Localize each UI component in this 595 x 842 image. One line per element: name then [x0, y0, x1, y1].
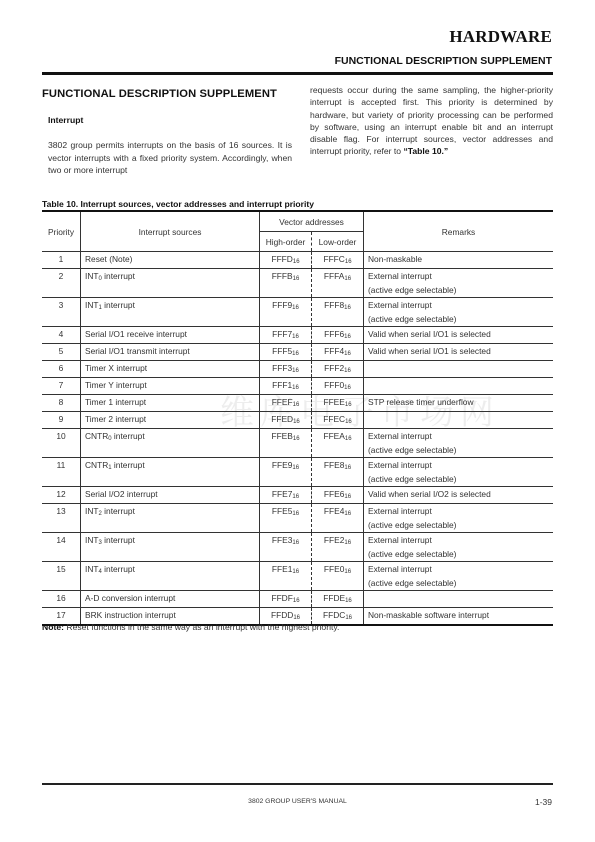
cell-priority: 15: [42, 562, 81, 591]
radix-subscript: 16: [344, 334, 351, 340]
radix-subscript: 16: [293, 598, 300, 604]
source-name: INT: [85, 506, 99, 516]
cell-remarks: [364, 378, 554, 395]
table-body: 1Reset (Note)FFFD16FFFC16Non-maskable2IN…: [42, 252, 553, 626]
table-row: 3INT1 interruptFFF916FFF816External inte…: [42, 298, 553, 327]
address-value: FFE6: [324, 489, 344, 499]
table-caption: Table 10. Interrupt sources, vector addr…: [42, 199, 314, 209]
address-value: FFFD: [271, 254, 292, 264]
remark-line: (active edge selectable): [368, 312, 549, 326]
radix-subscript: 16: [344, 276, 351, 282]
address-value: FFEC: [323, 414, 345, 424]
cell-vector-low: FFF216: [312, 361, 364, 378]
radix-subscript: 16: [292, 511, 299, 517]
remark-line: (active edge selectable): [368, 283, 549, 297]
radix-subscript: 16: [292, 465, 299, 471]
cell-interrupt-source: Timer X interrupt: [81, 361, 260, 378]
radix-subscript: 16: [293, 259, 300, 265]
source-subscript: 0: [108, 436, 111, 442]
cell-priority: 14: [42, 533, 81, 562]
source-name: A-D conversion interrupt: [85, 593, 175, 603]
cell-remarks: External interrupt(active edge selectabl…: [364, 533, 554, 562]
source-subscript: 1: [108, 465, 111, 471]
radix-subscript: 16: [344, 368, 351, 374]
table-row: 4Serial I/O1 receive interruptFFF716FFF6…: [42, 327, 553, 344]
radix-subscript: 16: [292, 305, 299, 311]
cell-priority: 3: [42, 298, 81, 327]
cell-priority: 7: [42, 378, 81, 395]
cell-vector-low: FFDE16: [312, 591, 364, 608]
cell-vector-low: FFF816: [312, 298, 364, 327]
body-column-left: FUNCTIONAL DESCRIPTION SUPPLEMENT Interr…: [42, 84, 292, 176]
remark-line: Non-maskable: [368, 252, 549, 266]
table-row: 13INT2 interruptFFE516FFE416External int…: [42, 504, 553, 533]
table-row: 16A-D conversion interruptFFDF16FFDE16: [42, 591, 553, 608]
remark-line: [368, 412, 549, 426]
cell-vector-high: FFFD16: [260, 252, 312, 269]
radix-subscript: 16: [344, 351, 351, 357]
address-value: FFF9: [272, 300, 292, 310]
source-subscript: 0: [99, 276, 102, 282]
cell-vector-low: FFE216: [312, 533, 364, 562]
address-value: FFEF: [272, 397, 293, 407]
radix-subscript: 16: [292, 569, 299, 575]
table-row: 11CNTR1 interruptFFE916FFE816External in…: [42, 458, 553, 487]
remark-line: External interrupt: [368, 458, 549, 472]
source-name: Timer 1 interrupt: [85, 397, 146, 407]
radix-subscript: 16: [345, 598, 352, 604]
radix-subscript: 16: [292, 334, 299, 340]
source-name: Serial I/O1 transmit interrupt: [85, 346, 190, 356]
cell-remarks: External interrupt(active edge selectabl…: [364, 562, 554, 591]
cell-interrupt-source: INT1 interrupt: [81, 298, 260, 327]
cell-remarks: External interrupt(active edge selectabl…: [364, 429, 554, 458]
radix-subscript: 16: [344, 569, 351, 575]
table-row: 8Timer 1 interruptFFEF16FFEE16STP releas…: [42, 395, 553, 412]
cell-interrupt-source: Serial I/O1 receive interrupt: [81, 327, 260, 344]
remark-line: (active edge selectable): [368, 547, 549, 561]
remark-line: External interrupt: [368, 269, 549, 283]
address-value: FFDF: [271, 593, 292, 603]
header-divider: [42, 72, 553, 75]
cell-interrupt-source: Serial I/O1 transmit interrupt: [81, 344, 260, 361]
radix-subscript: 16: [293, 276, 300, 282]
cell-vector-high: FFF116: [260, 378, 312, 395]
radix-subscript: 16: [345, 402, 352, 408]
cell-vector-high: FFEF16: [260, 395, 312, 412]
address-value: FFFC: [323, 254, 344, 264]
address-value: FFF2: [324, 363, 344, 373]
cell-priority: 6: [42, 361, 81, 378]
cell-vector-high: FFEB16: [260, 429, 312, 458]
cell-vector-low: FFEE16: [312, 395, 364, 412]
address-value: FFF4: [324, 346, 344, 356]
address-value: FFED: [271, 414, 293, 424]
cell-interrupt-source: INT4 interrupt: [81, 562, 260, 591]
remark-line: STP release timer underflow: [368, 395, 549, 409]
cell-priority: 5: [42, 344, 81, 361]
footer-divider: [42, 783, 553, 785]
cell-interrupt-source: CNTR0 interrupt: [81, 429, 260, 458]
note-text: Reset functions in the same way as an in…: [64, 622, 339, 632]
source-subscript: 1: [99, 305, 102, 311]
cell-vector-low: FFF416: [312, 344, 364, 361]
radix-subscript: 16: [292, 368, 299, 374]
cell-vector-high: FFF516: [260, 344, 312, 361]
radix-subscript: 16: [344, 540, 351, 546]
radix-subscript: 16: [345, 436, 352, 442]
cell-remarks: Non-maskable: [364, 252, 554, 269]
cell-interrupt-source: Timer 2 interrupt: [81, 412, 260, 429]
address-value: FFF5: [272, 346, 292, 356]
header-remarks: Remarks: [364, 211, 554, 252]
cell-priority: 10: [42, 429, 81, 458]
cell-interrupt-source: Timer Y interrupt: [81, 378, 260, 395]
header-vector-addresses: Vector addresses: [260, 211, 364, 232]
source-name: INT: [85, 564, 99, 574]
source-suffix: interrupt: [112, 460, 145, 470]
remark-line: Valid when serial I/O1 is selected: [368, 327, 549, 341]
remark-line: External interrupt: [368, 562, 549, 576]
cell-priority: 12: [42, 487, 81, 504]
cell-remarks: Valid when serial I/O1 is selected: [364, 344, 554, 361]
cell-remarks: External interrupt(active edge selectabl…: [364, 504, 554, 533]
footer-manual-title: 3802 GROUP USER'S MANUAL: [0, 798, 595, 805]
source-subscript: 3: [99, 540, 102, 546]
address-value: FFE0: [324, 564, 344, 574]
address-value: FFE4: [324, 506, 344, 516]
remark-line: (active edge selectable): [368, 443, 549, 457]
address-value: FFDC: [323, 610, 345, 620]
header-high-order: High-order: [260, 232, 312, 252]
address-value: FFE2: [324, 535, 344, 545]
header-low-order: Low-order: [312, 232, 364, 252]
cell-remarks: Valid when serial I/O2 is selected: [364, 487, 554, 504]
cell-vector-high: FFFB16: [260, 269, 312, 298]
remark-line: External interrupt: [368, 298, 549, 312]
cell-interrupt-source: A-D conversion interrupt: [81, 591, 260, 608]
source-subscript: 2: [99, 511, 102, 517]
cell-interrupt-source: Timer 1 interrupt: [81, 395, 260, 412]
source-suffix: interrupt: [112, 431, 145, 441]
address-value: FFE1: [272, 564, 292, 574]
interrupt-table: Priority Interrupt sources Vector addres…: [42, 210, 553, 626]
table-row: 5Serial I/O1 transmit interruptFFF516FFF…: [42, 344, 553, 361]
address-value: FFF1: [272, 380, 292, 390]
remark-line: External interrupt: [368, 533, 549, 547]
cell-priority: 8: [42, 395, 81, 412]
remark-line: (active edge selectable): [368, 576, 549, 590]
remark-line: (active edge selectable): [368, 472, 549, 486]
section-title: FUNCTIONAL DESCRIPTION SUPPLEMENT: [42, 87, 292, 101]
radix-subscript: 16: [292, 385, 299, 391]
remark-line: [368, 361, 549, 375]
address-value: FFF7: [272, 329, 292, 339]
cell-vector-high: FFF916: [260, 298, 312, 327]
table-row: 12Serial I/O2 interruptFFE716FFE616Valid…: [42, 487, 553, 504]
cell-priority: 1: [42, 252, 81, 269]
address-value: FFF8: [324, 300, 344, 310]
remark-line: Valid when serial I/O2 is selected: [368, 487, 549, 501]
address-value: FFE8: [324, 460, 344, 470]
radix-subscript: 16: [344, 511, 351, 517]
source-subscript: 4: [99, 569, 102, 575]
cell-priority: 4: [42, 327, 81, 344]
source-suffix: interrupt: [102, 506, 135, 516]
remark-line: (active edge selectable): [368, 518, 549, 532]
radix-subscript: 16: [345, 615, 352, 621]
table-row: 6Timer X interruptFFF316FFF216: [42, 361, 553, 378]
cell-priority: 2: [42, 269, 81, 298]
cell-vector-low: FFE016: [312, 562, 364, 591]
radix-subscript: 16: [344, 494, 351, 500]
source-name: INT: [85, 535, 99, 545]
source-name: Timer X interrupt: [85, 363, 147, 373]
cell-vector-low: FFF016: [312, 378, 364, 395]
page-header-title: HARDWARE: [449, 27, 552, 47]
radix-subscript: 16: [344, 385, 351, 391]
address-value: FFF6: [324, 329, 344, 339]
source-suffix: interrupt: [102, 564, 135, 574]
cell-vector-high: FFE716: [260, 487, 312, 504]
source-name: CNTR: [85, 431, 108, 441]
remark-line: Valid when serial I/O1 is selected: [368, 344, 549, 358]
cell-priority: 16: [42, 591, 81, 608]
cell-interrupt-source: Reset (Note): [81, 252, 260, 269]
table-row: 1Reset (Note)FFFD16FFFC16Non-maskable: [42, 252, 553, 269]
address-value: FFDD: [271, 610, 293, 620]
source-name: Serial I/O2 interrupt: [85, 489, 158, 499]
address-value: FFE5: [272, 506, 292, 516]
table-row: 7Timer Y interruptFFF116FFF016: [42, 378, 553, 395]
address-value: FFDE: [323, 593, 345, 603]
header-interrupt-sources: Interrupt sources: [81, 211, 260, 252]
address-value: FFEE: [323, 397, 344, 407]
cell-interrupt-source: INT0 interrupt: [81, 269, 260, 298]
cell-priority: 11: [42, 458, 81, 487]
cell-remarks: External interrupt(active edge selectabl…: [364, 298, 554, 327]
remark-line: [368, 378, 549, 392]
cell-vector-low: FFE416: [312, 504, 364, 533]
cell-remarks: Non-maskable software interrupt: [364, 608, 554, 626]
cell-vector-low: FFE816: [312, 458, 364, 487]
source-name: Serial I/O1 receive interrupt: [85, 329, 187, 339]
cell-vector-high: FFDF16: [260, 591, 312, 608]
source-suffix: interrupt: [102, 271, 135, 281]
remark-line: External interrupt: [368, 429, 549, 443]
radix-subscript: 16: [344, 465, 351, 471]
address-value: FFE3: [272, 535, 292, 545]
radix-subscript: 16: [345, 419, 352, 425]
cell-vector-high: FFE516: [260, 504, 312, 533]
source-name: Reset (Note): [85, 254, 132, 264]
address-value: FFF3: [272, 363, 292, 373]
cell-interrupt-source: CNTR1 interrupt: [81, 458, 260, 487]
radix-subscript: 16: [293, 402, 300, 408]
radix-subscript: 16: [344, 305, 351, 311]
table-row: 14INT3 interruptFFE316FFE216External int…: [42, 533, 553, 562]
body-column-right: requests occur during the same sampling,…: [310, 84, 553, 158]
section-subtitle: Interrupt: [48, 114, 292, 126]
cell-vector-high: FFE316: [260, 533, 312, 562]
address-value: FFF0: [324, 380, 344, 390]
cell-vector-low: FFEA16: [312, 429, 364, 458]
address-value: FFEB: [271, 431, 292, 441]
radix-subscript: 16: [293, 419, 300, 425]
cell-remarks: External interrupt(active edge selectabl…: [364, 458, 554, 487]
address-value: FFFA: [324, 271, 344, 281]
cell-priority: 13: [42, 504, 81, 533]
source-name: Timer 2 interrupt: [85, 414, 146, 424]
radix-subscript: 16: [293, 615, 300, 621]
source-name: INT: [85, 300, 99, 310]
cell-priority: 9: [42, 412, 81, 429]
cell-vector-low: FFF616: [312, 327, 364, 344]
source-suffix: interrupt: [102, 535, 135, 545]
cell-interrupt-source: INT3 interrupt: [81, 533, 260, 562]
remark-line: [368, 591, 549, 605]
page-header-subtitle: FUNCTIONAL DESCRIPTION SUPPLEMENT: [335, 55, 552, 67]
page-number: 1-39: [535, 797, 552, 807]
cell-remarks: Valid when serial I/O1 is selected: [364, 327, 554, 344]
radix-subscript: 16: [292, 494, 299, 500]
cell-remarks: [364, 591, 554, 608]
source-name: INT: [85, 271, 99, 281]
cell-vector-high: FFE916: [260, 458, 312, 487]
address-value: FFE7: [272, 489, 292, 499]
address-value: FFFB: [272, 271, 293, 281]
header-priority: Priority: [42, 211, 81, 252]
cell-remarks: STP release timer underflow: [364, 395, 554, 412]
cell-vector-high: FFED16: [260, 412, 312, 429]
cell-interrupt-source: INT2 interrupt: [81, 504, 260, 533]
body-paragraph-left: 3802 group permits interrupts on the bas…: [42, 139, 292, 176]
radix-subscript: 16: [292, 351, 299, 357]
cell-interrupt-source: Serial I/O2 interrupt: [81, 487, 260, 504]
cell-vector-high: FFF716: [260, 327, 312, 344]
cell-vector-high: FFE116: [260, 562, 312, 591]
source-suffix: interrupt: [102, 300, 135, 310]
table-row: 15INT4 interruptFFE116FFE016External int…: [42, 562, 553, 591]
table-row: 2INT0 interruptFFFB16FFFA16External inte…: [42, 269, 553, 298]
table-note: Note: Reset functions in the same way as…: [42, 622, 339, 632]
table-row: 10CNTR0 interruptFFEB16FFEA16External in…: [42, 429, 553, 458]
source-name: Timer Y interrupt: [85, 380, 147, 390]
source-name: CNTR: [85, 460, 108, 470]
cell-vector-low: FFE616: [312, 487, 364, 504]
address-value: FFEA: [323, 431, 344, 441]
table-reference-link: “Table 10.”: [403, 146, 448, 156]
cell-vector-high: FFF316: [260, 361, 312, 378]
cell-remarks: [364, 412, 554, 429]
remark-line: Non-maskable software interrupt: [368, 608, 549, 622]
note-label: Note:: [42, 622, 64, 632]
body-paragraph-right: requests occur during the same sampling,…: [310, 84, 553, 158]
table-row: 9Timer 2 interruptFFED16FFEC16: [42, 412, 553, 429]
cell-remarks: [364, 361, 554, 378]
cell-vector-low: FFFA16: [312, 269, 364, 298]
cell-vector-low: FFEC16: [312, 412, 364, 429]
radix-subscript: 16: [292, 540, 299, 546]
remark-line: External interrupt: [368, 504, 549, 518]
radix-subscript: 16: [345, 259, 352, 265]
cell-vector-low: FFFC16: [312, 252, 364, 269]
address-value: FFE9: [272, 460, 292, 470]
cell-remarks: External interrupt(active edge selectabl…: [364, 269, 554, 298]
radix-subscript: 16: [293, 436, 300, 442]
source-name: BRK instruction interrupt: [85, 610, 176, 620]
